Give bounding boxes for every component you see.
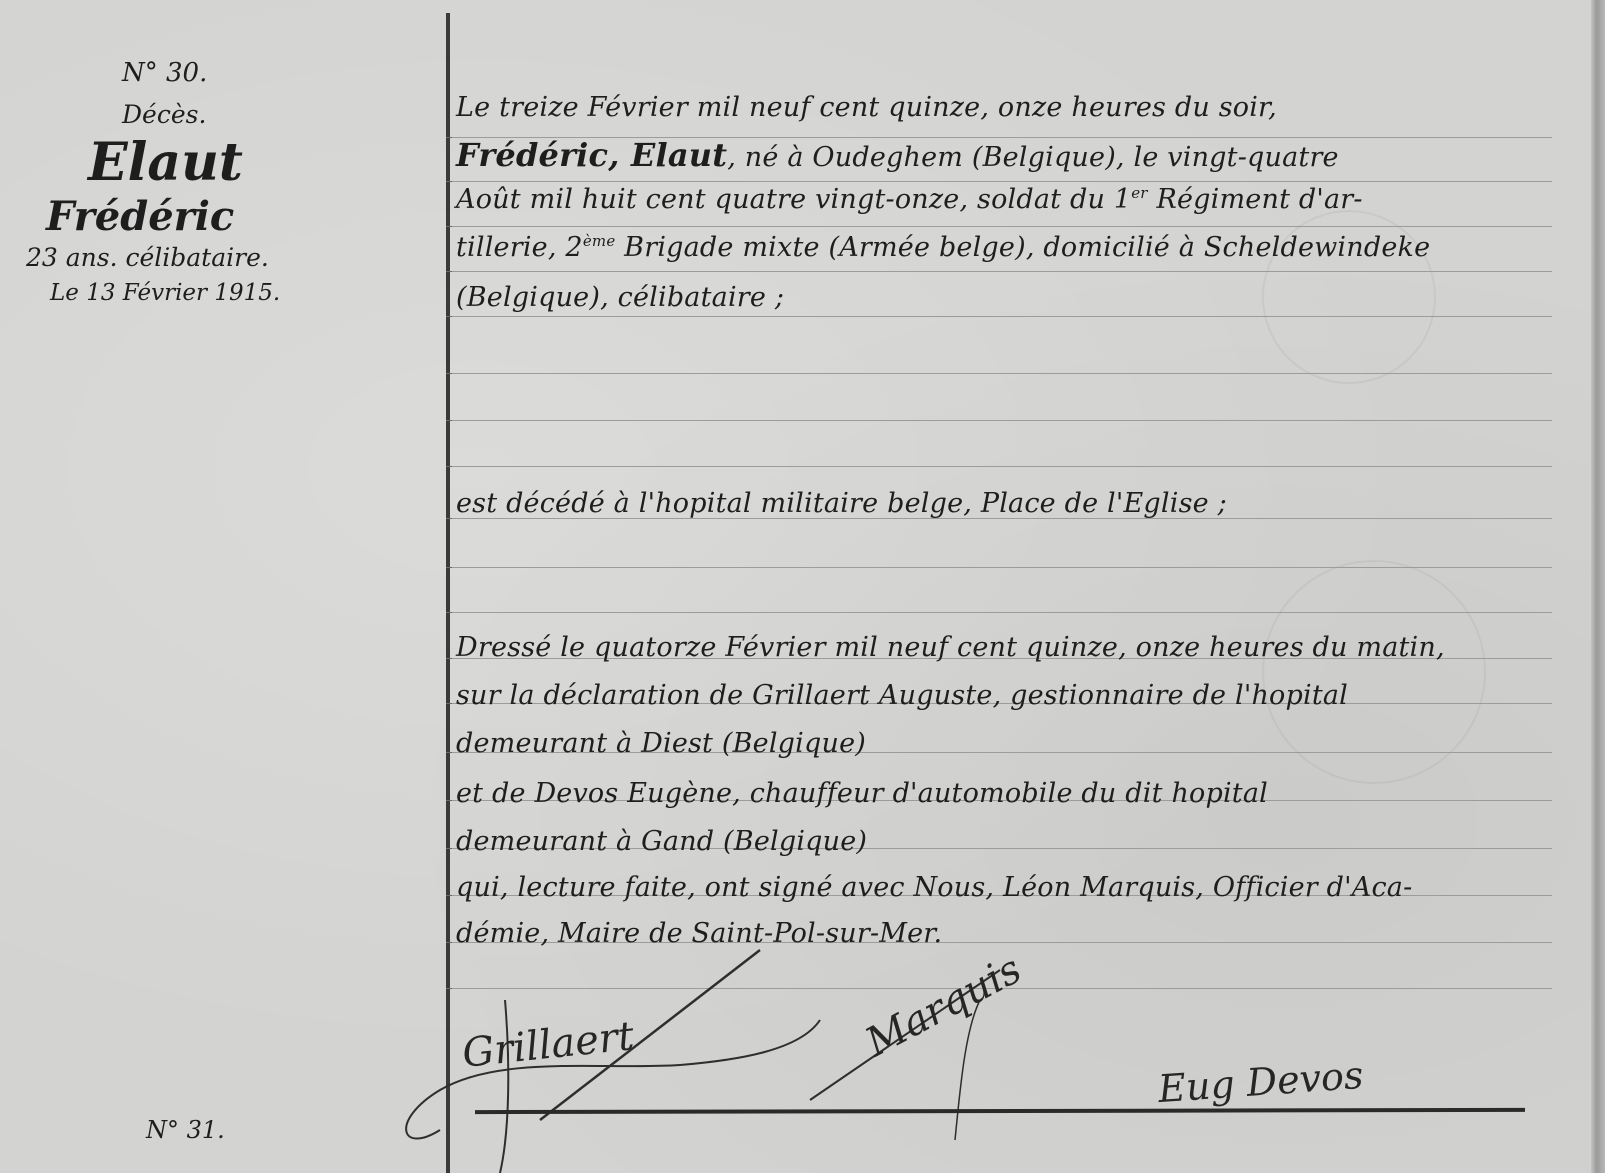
- ruled-line: [452, 181, 1552, 182]
- page-binding-edge: [1591, 0, 1605, 1173]
- ruled-line: [452, 567, 1552, 568]
- ordinal-suffix: er: [1131, 184, 1147, 202]
- record-line: qui, lecture faite, ont signé avec Nous,…: [456, 872, 1412, 903]
- ruled-line: [452, 226, 1552, 227]
- faint-stamp-impression: [1262, 560, 1486, 784]
- ruled-line: [452, 373, 1552, 374]
- record-line: Dressé le quatorze Février mil neuf cent…: [456, 632, 1445, 663]
- ordinal-suffix: ème: [583, 232, 616, 250]
- record-line: Frédéric, Elaut, né à Oudeghem (Belgique…: [456, 136, 1339, 174]
- record-line: Le treize Février mil neuf cent quinze, …: [456, 92, 1277, 123]
- record-line: demeurant à Diest (Belgique): [456, 728, 866, 759]
- ruled-line: [452, 316, 1552, 317]
- ruled-line: [452, 466, 1552, 467]
- age-and-marital-status: 23 ans. célibataire.: [26, 243, 269, 272]
- record-line: est décédé à l'hopital militaire belge, …: [456, 488, 1227, 519]
- ruled-line: [452, 420, 1552, 421]
- record-line: et de Devos Eugène, chauffeur d'automobi…: [456, 778, 1268, 809]
- deceased-name: Frédéric, Elaut: [456, 136, 727, 174]
- deceased-surname: Elaut: [88, 132, 243, 193]
- record-line: tillerie, 2ème Brigade mixte (Armée belg…: [456, 232, 1430, 263]
- register-page: N° 30. Décès. Elaut Frédéric 23 ans. cél…: [0, 0, 1605, 1173]
- death-date: Le 13 Février 1915.: [50, 280, 280, 306]
- record-line: (Belgique), célibataire ;: [456, 282, 784, 313]
- ruled-line: [452, 612, 1552, 613]
- record-type: Décès.: [122, 100, 206, 129]
- next-record-number: N° 31.: [146, 1116, 225, 1144]
- record-line: Août mil huit cent quatre vingt-onze, so…: [456, 184, 1363, 215]
- record-number: N° 30.: [122, 58, 207, 88]
- record-line: demeurant à Gand (Belgique): [456, 826, 867, 857]
- deceased-given-name: Frédéric: [46, 193, 234, 240]
- ruled-line: [452, 271, 1552, 272]
- record-line: sur la déclaration de Grillaert Auguste,…: [456, 680, 1348, 711]
